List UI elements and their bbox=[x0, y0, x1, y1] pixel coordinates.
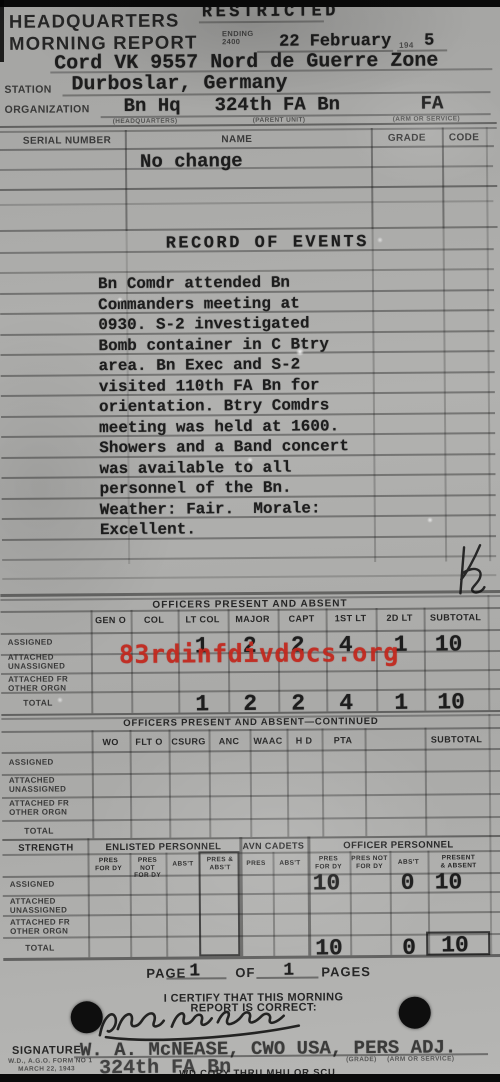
rule bbox=[125, 130, 128, 231]
strength-total-off-pres: 10 bbox=[315, 935, 343, 961]
form-number: W.D., A.G.O. FORM NO 1 bbox=[8, 1057, 92, 1065]
strength-row-label: UNASSIGNED bbox=[10, 905, 67, 914]
officers-col: SUBTOTAL bbox=[424, 612, 488, 623]
officers-continued-col: H D bbox=[287, 735, 322, 745]
morning-report-scan: HEADQUARTERS RESTRICTED MORNING REPORT E… bbox=[0, 0, 500, 1082]
rule bbox=[0, 200, 493, 205]
rule bbox=[487, 595, 490, 710]
officers-col: LT COL bbox=[178, 614, 228, 624]
officers-total-ltcol: 1 bbox=[195, 691, 209, 717]
officers-row-label: ASSIGNED bbox=[8, 638, 53, 647]
officers-continued-col: WO bbox=[92, 737, 130, 747]
rule bbox=[389, 851, 392, 955]
rule bbox=[199, 20, 324, 23]
arm-service-sublabel: (ARM OR SERVICE) bbox=[387, 1055, 454, 1063]
scan-edge-bottom bbox=[0, 1074, 500, 1082]
events-line: 0930. S-2 investigated bbox=[98, 315, 309, 335]
roster-col-serial: SERIAL NUMBER bbox=[23, 135, 111, 147]
strength-subcol: PRES FOR DY bbox=[307, 855, 349, 870]
parent-unit-value: 324th FA Bn bbox=[214, 93, 340, 116]
strength-stub-label: STRENGTH bbox=[4, 842, 87, 854]
events-line: Showers and a Band concert bbox=[99, 437, 349, 457]
grade-sublabel: (GRADE) bbox=[346, 1056, 377, 1063]
scan-edge-left bbox=[0, 0, 4, 62]
officers-total-subtotal: 10 bbox=[437, 689, 465, 715]
officers-col: GEN O bbox=[91, 615, 131, 625]
events-line: personnel of the Bn. bbox=[100, 479, 292, 499]
strength-row-label: OTHER ORGN bbox=[10, 926, 68, 935]
rule bbox=[364, 728, 367, 836]
events-line: Bomb container in C Btry bbox=[98, 335, 329, 355]
officers-total-2dlt: 1 bbox=[394, 690, 408, 716]
officers-continued-col: FLT O bbox=[130, 737, 169, 747]
events-line: Commanders meeting at bbox=[98, 295, 300, 315]
officers-row-label: TOTAL bbox=[23, 698, 53, 708]
rule bbox=[486, 127, 491, 561]
rule bbox=[87, 838, 90, 957]
rule bbox=[3, 911, 500, 916]
rule bbox=[165, 853, 168, 957]
strength-assigned-off-abst: 0 bbox=[401, 870, 415, 896]
strength-row-label: ATTACHED bbox=[10, 897, 56, 906]
strength-row-label: ATTACHED FR bbox=[10, 917, 70, 926]
officers-continued-row-label: OTHER ORGN bbox=[9, 807, 67, 816]
report-date: 22 February bbox=[279, 32, 391, 52]
arm-value: FA bbox=[420, 92, 443, 114]
events-line: orientation. Btry Comdrs bbox=[99, 396, 330, 416]
heavy-box-enlisted-pres-abst bbox=[198, 851, 240, 956]
events-line: meeting was held at 1600. bbox=[99, 417, 339, 437]
strength-subcol: PRES bbox=[240, 860, 273, 868]
officers-total-major: 2 bbox=[243, 691, 257, 717]
organization-value: Bn Hq bbox=[123, 95, 180, 117]
strength-row-label: TOTAL bbox=[25, 943, 55, 953]
officers-total-capt: 2 bbox=[291, 691, 305, 717]
officers-col: 1ST LT bbox=[326, 613, 376, 623]
rule bbox=[0, 185, 497, 191]
officers-row-label: UNASSIGNED bbox=[8, 661, 65, 670]
officers-continued-col: CSURG bbox=[169, 736, 209, 746]
rule bbox=[91, 610, 94, 713]
officers-continued-row-label: UNASSIGNED bbox=[9, 784, 66, 793]
officers-col: MAJOR bbox=[228, 614, 278, 624]
officers-continued-col: PTA bbox=[322, 735, 365, 745]
rule bbox=[488, 714, 491, 835]
officers-continued-row-label: ATTACHED FR bbox=[9, 798, 69, 807]
officers-continued-row-label: TOTAL bbox=[24, 826, 54, 836]
rule bbox=[2, 535, 496, 540]
events-line: Weather: Fair. Morale: bbox=[100, 499, 321, 519]
roster-entry: No change bbox=[140, 150, 243, 173]
rule bbox=[2, 555, 496, 560]
events-line: was available to all bbox=[99, 459, 291, 479]
officers-assigned-subtotal: 10 bbox=[435, 631, 463, 657]
strength-subcol: ABS'T bbox=[273, 860, 308, 868]
rule bbox=[0, 165, 493, 170]
rule bbox=[272, 852, 275, 956]
events-line: area. Bn Exec and S-2 bbox=[99, 356, 301, 376]
officers-row-label: OTHER ORGN bbox=[8, 683, 66, 692]
officers-col: COL bbox=[131, 615, 178, 625]
organization-label: ORGANIZATION bbox=[5, 103, 90, 116]
rule bbox=[3, 872, 500, 877]
strength-row-label: ASSIGNED bbox=[10, 880, 55, 889]
officers-continued-row-label: ASSIGNED bbox=[9, 758, 54, 767]
strength-total-off-abst: 0 bbox=[402, 935, 416, 961]
officers-continued-col: ANC bbox=[209, 736, 250, 746]
strength-subcol: ABS'T bbox=[166, 860, 201, 868]
rule bbox=[424, 608, 427, 711]
rule bbox=[256, 976, 318, 978]
form-body: HEADQUARTERS RESTRICTED MORNING REPORT E… bbox=[0, 0, 500, 1082]
rule bbox=[442, 127, 445, 228]
rule bbox=[3, 891, 500, 896]
events-line: Bn Comdr attended Bn bbox=[98, 274, 290, 294]
strength-assigned-off-presabs: 10 bbox=[435, 869, 463, 895]
rule bbox=[307, 837, 311, 956]
punch-hole-right bbox=[399, 997, 431, 1029]
officers-row-label: ATTACHED bbox=[8, 653, 54, 662]
of-label: OF bbox=[235, 965, 255, 980]
station-label: STATION bbox=[4, 84, 51, 96]
signature-label: SIGNATURE bbox=[12, 1044, 81, 1057]
roster-col-name: NAME bbox=[177, 134, 297, 146]
headquarters-label: HEADQUARTERS bbox=[9, 10, 180, 33]
strength-subcol: ABS'T bbox=[390, 859, 428, 867]
form-date: MARCH 22, 1943 bbox=[18, 1065, 75, 1072]
events-line: visited 110th FA Bn for bbox=[99, 376, 320, 396]
rule bbox=[2, 574, 496, 579]
strength-subcol: PRESENT & ABSENT bbox=[427, 854, 489, 869]
officers-continued-col: WAAC bbox=[250, 736, 287, 746]
rule bbox=[0, 268, 494, 273]
pages-label: PAGES bbox=[321, 964, 371, 979]
rule bbox=[166, 977, 226, 979]
officers-col: CAPT bbox=[278, 613, 326, 623]
rule bbox=[372, 229, 377, 562]
roster-col-grade: GRADE bbox=[388, 133, 426, 144]
ending-time: 2400 bbox=[222, 37, 240, 46]
scan-edge-top bbox=[0, 0, 500, 7]
officers-total-1stlt: 4 bbox=[339, 690, 353, 716]
strength-subcol: PRES FOR DY bbox=[87, 857, 129, 872]
year-digit: 5 bbox=[424, 32, 434, 51]
roster-col-code: CODE bbox=[449, 132, 480, 143]
strength-subcol: PRES NOT FOR DY bbox=[349, 855, 389, 870]
strength-group-avn: AVN CADETS bbox=[239, 841, 307, 852]
strength-assigned-off-pres: 10 bbox=[313, 870, 341, 896]
officers-col: 2D LT bbox=[376, 613, 424, 623]
site-watermark: 83rdinfdivdocs.org bbox=[119, 638, 399, 669]
rule bbox=[443, 228, 448, 561]
rule bbox=[371, 128, 374, 229]
officers-continued-row-label: ATTACHED bbox=[9, 776, 55, 785]
strength-total-off-presabs: 10 bbox=[441, 932, 469, 958]
year-prefix: 194 bbox=[399, 41, 414, 50]
rule bbox=[0, 226, 498, 231]
officers-continued-col: SUBTOTAL bbox=[425, 734, 489, 745]
officers-row-label: ATTACHED FR bbox=[8, 674, 68, 683]
events-line: Excellent. bbox=[100, 520, 196, 539]
